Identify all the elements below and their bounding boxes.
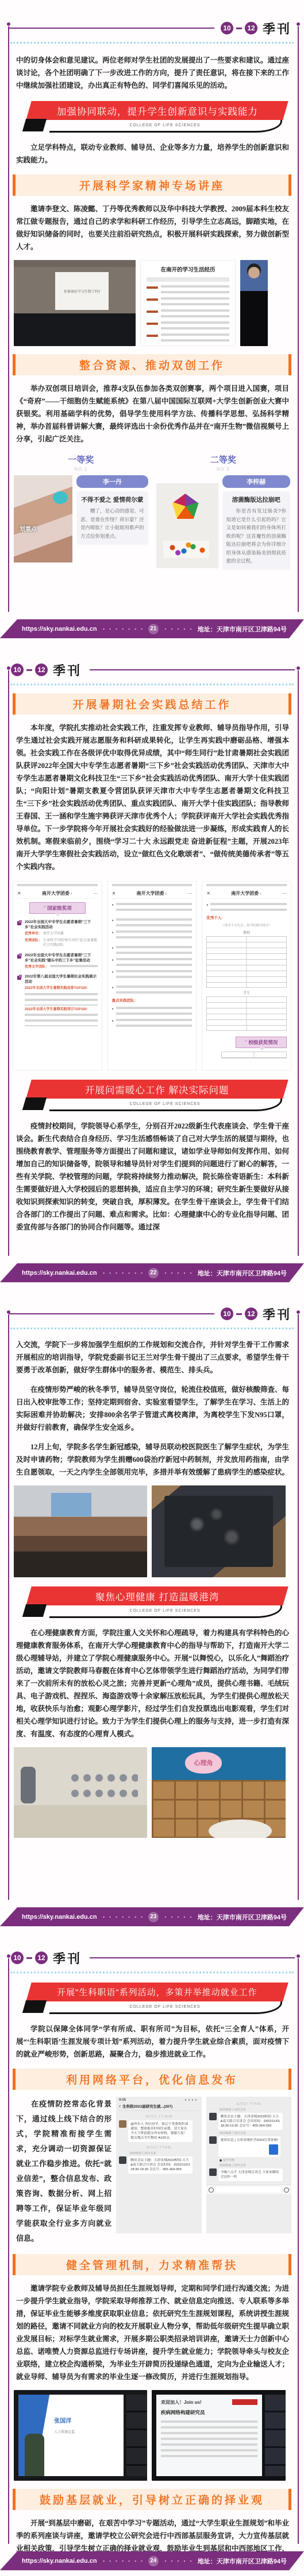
issue-end-badge: 12 — [245, 22, 257, 34]
ranking-note: （排名不分先后，按学院顺序排序） — [206, 923, 287, 928]
blurred-text-lines — [116, 970, 193, 981]
banner-title: 开展"生科职语"系列活动，多策并举推动就业工作 — [57, 1986, 257, 1998]
chevron-right-icon: › — [260, 891, 261, 896]
double-square-icon — [17, 953, 22, 959]
timeline-row — [147, 285, 229, 293]
message-text: 就业信息 | 天津金域医学2023宣讲来啦! — [221, 2138, 278, 2143]
body-paragraph: 邀请学院专业教师及辅导员担任生涯规划导师，定期和同学们进行沟通交流；为进一步提升… — [16, 2282, 289, 2383]
message-bubble: @所有人 各位同学，接辽宁省委组织部通知，整体报名时间往前提，请大家在今天下班前… — [128, 2120, 193, 2142]
video-overlay-text: 划重点 — [20, 524, 37, 533]
students-table — [206, 996, 287, 1031]
photo-video-speaker — [240, 260, 268, 346]
avatar — [209, 2113, 217, 2120]
page-number: 24 — [148, 2556, 159, 2566]
article-account-title: 南开大学团委› — [137, 890, 167, 897]
dotted-divider — [10, 42, 294, 44]
issue-start-badge: 10 — [11, 664, 24, 676]
banner-ribbon: 聚焦心理健康 打造温暖港湾 — [26, 1586, 288, 1605]
winner-name-pill: 李梓赫 — [222, 475, 291, 488]
page-22: 10 12 季刊 开展暑期社会实践总结工作 本年度，学院扎实推动社会实践工作，注… — [0, 644, 304, 1288]
page-23: 10 12 季刊 入交流，学院下一步将加强学生组织的工作规划和交流合作，并针对学… — [0, 1288, 304, 1932]
left-page-rule — [8, 1958, 9, 2544]
chat-input-bar — [206, 2185, 291, 2194]
address: 地址：天津市南开区卫津路94号 — [198, 624, 287, 634]
blurred-text-lines — [210, 903, 287, 911]
meeting-screen — [51, 1493, 91, 1517]
year-label — [147, 335, 158, 337]
issue-start-badge: 10 — [221, 22, 233, 34]
table-caption: 学生 — [206, 990, 287, 995]
photo-timeline-slide: 在南开的学习生活经历 — [140, 260, 236, 346]
speaker-face — [248, 267, 260, 278]
body-paragraph: 本年度，学院扎实推动社会实践工作，注重发挥专业教师、辅导员指导作用，引导学生通过… — [16, 721, 289, 873]
more-icon: ⋯ — [282, 891, 287, 896]
subsection-heading: 整合资源、推动双创工作 — [13, 354, 291, 375]
speaker-silhouette — [25, 2434, 44, 2476]
double-square-icon — [17, 975, 22, 980]
page-header: 10 12 季刊 — [9, 1305, 295, 1322]
award-list-item: 2022年全国大中专学生志愿者暑期“三下乡”社会实践活动 — [17, 920, 98, 930]
blurred-text-lines — [116, 1007, 193, 1015]
red-accent-bar — [232, 2399, 257, 2405]
sender-name: 2020级硕士第四支部 — [220, 2108, 288, 2112]
dots-separator — [163, 1272, 193, 1274]
chat-header: ‹ 生科院2023届研究生就...(207) — [119, 2102, 198, 2111]
status-bar — [112, 884, 193, 889]
banner-accent — [22, 2000, 47, 2013]
blurred-text-lines — [161, 297, 229, 305]
blurred-text-lines — [116, 918, 193, 926]
more-icon: ⋯ — [93, 891, 98, 896]
page-footer: https://sky.nankai.edu.cn 22 地址：天津市南开区卫津… — [0, 1263, 304, 1282]
excellent-individuals-label: 优秀个人： — [206, 915, 287, 920]
body-paragraph: 学院以保障全体同学“学有所成、职有所司”为目标，依托“三全育人”体系，开展“‘生… — [16, 2023, 289, 2061]
chat-message: 腾讯会议主题：天津金域2023校招-天大&南大联合宣讲会 会议时间：2022/1… — [119, 2156, 198, 2174]
blurred-text-lines — [116, 958, 193, 966]
signal-wifi-battery-icons — [184, 2098, 199, 2101]
banner-accent — [22, 119, 47, 131]
newsletter: 10 12 季刊 中的切身体会和意见建议。两位老师对学生社团的发展提出了一些要求… — [0, 0, 304, 2576]
photo-lecture-hall: 你准备好学习生物了吗? — [14, 260, 136, 346]
body-paragraph: 疫情封校期间，学院领导心系学生，分别召开2022级新生代表座谈会、学生骨干座谈会… — [16, 1120, 289, 1233]
slide-header-bar — [147, 277, 229, 282]
dodecahedron-model — [172, 494, 199, 519]
close-icon: ✕ — [206, 891, 210, 896]
team-bullet-row: ● — [112, 946, 193, 954]
team-bullet-row: ● — [112, 970, 193, 981]
timeline-row — [147, 333, 229, 342]
slide-title: 在南开的学习生活经历 — [147, 265, 229, 273]
banner-subtitle: COLLEGE OF LIFE SCIENCES — [49, 120, 282, 133]
bullet-icon: ● — [112, 946, 114, 950]
psychology-corner-sign: 心理角 — [185, 1752, 222, 1774]
team-bullet-row: ● — [112, 918, 193, 926]
blurred-text-lines — [116, 946, 193, 954]
journal-title: 季刊 — [263, 1305, 291, 1323]
wechat-chat-screenshot-1: 9:55 ‹ 生科院2023届研究生就...(207) 11月1日 上午10:3… — [116, 2097, 201, 2233]
page-footer: https://sky.nankai.edu.cn 23 地址：天津市南开区卫津… — [0, 1907, 304, 1926]
issue-start-badge: 10 — [221, 1308, 233, 1320]
photo-dance-therapy — [14, 1747, 147, 1838]
award-sub-line: 2022年全国大学生暑期实践项目TOP100： — [25, 1007, 98, 1012]
page-24: 10 12 季刊 开展"生科职语"系列活动，多策并举推动就业工作 COLLEGE… — [0, 1932, 304, 2576]
status-bar — [206, 884, 287, 889]
work-description: 你是否有发过肠炎?你知道它是什么引起的吗？它又是如何被我们的身体所打败的呢？这首… — [226, 507, 287, 565]
banner-title: 开展问需暖心工作 解决实际问题 — [85, 1083, 229, 1096]
award-sub-line: 优秀文字团队： — [25, 965, 98, 970]
back-icon: ‹ — [119, 2103, 121, 2109]
quote-icon: “ — [43, 905, 46, 911]
award-sub-line: 2022年全国大学生暑期实践成果TOP100： — [25, 986, 98, 991]
article-nav: ✕ 南开大学团委› ⋯ — [206, 890, 287, 899]
projector-screen: 你准备好学习生物了吗? — [55, 272, 109, 310]
page-number: 22 — [148, 1268, 159, 1278]
teachers-table — [206, 936, 287, 988]
phone-screenshot-row: ✕ 南开大学团委› ⋯ “国家级奖项 2022年全国大中专学生志愿者暑期“三下乡… — [13, 881, 291, 1070]
header-rule — [90, 669, 295, 670]
subsection-heading: 利用网络平台，优化信息发布 — [13, 2069, 291, 2090]
timeline-row — [147, 297, 229, 305]
prize-title: 二等奖 — [156, 453, 291, 465]
photo-row: 你准备好学习生物了吗? 在南开的学习生活经历 — [14, 260, 290, 346]
page-number: 21 — [148, 624, 159, 634]
speaker-name: 张国洋 — [54, 2416, 71, 2424]
right-page-rule — [298, 1314, 299, 1900]
journal-title: 季刊 — [53, 1949, 82, 1967]
message-bubble: 腾讯会议主题：天津金域2023校招-天大&南大联合宣讲会 会议时间：2022/1… — [128, 2156, 193, 2174]
dots-separator — [163, 2560, 193, 2562]
dotted-divider — [10, 1328, 294, 1329]
page-header: 10 12 季刊 — [9, 20, 295, 37]
chat-timestamp: 11月1日 下午5:51 — [119, 2145, 198, 2150]
team-bullet-row: ● — [206, 903, 287, 911]
sender-name: 2020级硕士第四支部 — [220, 2131, 288, 2135]
article-account-title: 南开大学团委› — [231, 890, 261, 897]
body-paragraph: 入交流，学院下一步将加强学生组织的工作规划和交流合作，并针对学生骨干工作需求开展… — [16, 1339, 289, 1376]
close-icon: ✕ — [112, 891, 116, 896]
body-paragraph: 邀请李登文、陈凌懿、丁丹等优秀教师以及华中科技大学教授、2009届本科生校友常江… — [16, 203, 289, 253]
banner-subtitle: COLLEGE OF LIFE SCIENCES — [49, 1099, 282, 1111]
dots-separator — [163, 628, 193, 630]
model-pieces-pile — [163, 541, 209, 558]
chat-message: 今晚六点半 天津金域宣讲会 大家来腾讯会议听一听 — [209, 2168, 288, 2181]
avatar — [209, 2168, 217, 2176]
sender-name: 2020级硕士第四支部 — [220, 2163, 288, 2167]
wechat-article-screenshot-3: ✕ 南开大学团委› ⋯ ● 优秀个人： （排名不分先后，按学院顺序排序） 教师 … — [202, 881, 291, 1070]
article-nav: ✕ 南开大学团委› ⋯ — [112, 890, 193, 899]
right-page-rule — [298, 1958, 299, 2544]
avatar — [119, 2120, 126, 2128]
section-banner: 加强协同联动，提升学生创新意识与实践能力 COLLEGE OF LIFE SCI… — [9, 101, 295, 134]
video-call-thumbnails — [265, 2395, 286, 2476]
bullet-icon: ● — [112, 1007, 114, 1011]
blurred-text-lines — [116, 986, 193, 994]
address: 地址：天津市南开区卫津路94号 — [198, 1268, 287, 1278]
national-awards-tag: “国家级奖项 — [29, 902, 86, 914]
round-table — [209, 1820, 272, 1838]
body-paragraph: 在疫情防控常态化背景下，通过线上线下结合的形式，学院精准衔接学生需求，充分调动一… — [16, 2097, 111, 2246]
timeline-row — [147, 309, 229, 317]
blurred-text-lines — [161, 285, 229, 293]
work-card: 溶菌酶版达拉崩吧 你是否有发过肠炎?你知道它是什么引起的吗？它又是如何被我们的身… — [222, 491, 291, 570]
photo-guitar-video: 划重点 — [14, 475, 72, 562]
banner-accent — [22, 1604, 47, 1617]
issue-start-badge: 10 — [11, 1952, 24, 1964]
bullet-icon: ● — [112, 931, 114, 934]
banner-ribbon: 开展问需暖心工作 解决实际问题 — [26, 1080, 288, 1099]
year-label — [147, 298, 158, 301]
banner-subtitle: COLLEGE OF LIFE SCIENCES — [49, 2001, 282, 2014]
page-header: 10 12 季刊 — [9, 661, 295, 678]
award-first-prize: 一等奖 NO.1 划重点 李一丹 不得不爱之 爱情荷尔蒙 糟了，是心动的感觉。可… — [14, 453, 148, 570]
year-label — [147, 286, 158, 289]
work-title: 不得不爱之 爱情荷尔蒙 — [80, 496, 144, 505]
blurred-text-lines — [161, 321, 229, 329]
chat-timestamp: 11月1日 下午5:51 — [209, 2101, 288, 2106]
speaker-role: 人力资源总监 — [54, 2429, 75, 2434]
banner-ribbon: 加强协同联动，提升学生创新意识与实践能力 — [26, 101, 288, 120]
year-label — [147, 323, 158, 325]
subsection-heading: 鼓励基层就业，引导树立正确的择业观 — [13, 2489, 291, 2510]
photo-medicine-bags — [152, 1485, 286, 1577]
chat-message: 腾讯会议主题：天津金域2023校招-天大&南大联合宣讲会 会议时间：2022/1… — [209, 2113, 288, 2130]
issue-end-badge: 12 — [245, 1308, 257, 1320]
school-awards-table — [221, 1052, 287, 1058]
photo-row — [14, 1485, 290, 1577]
article-account-title: 南开大学团委› — [42, 890, 72, 897]
page-number: 23 — [148, 1912, 159, 1922]
chat-timestamp: 11月1日 上午10:39 — [119, 2114, 198, 2119]
subsection-heading: 开展暑期社会实践总结工作 — [13, 693, 291, 715]
photo-row: 张国洋 人力资源总监 欢迎加入！Join us! 疾病网络构建研究员 — [14, 2390, 290, 2481]
bullet-icon: ● — [112, 986, 114, 990]
issue-dash — [236, 1313, 242, 1315]
bullet-icon: ● — [112, 971, 114, 974]
close-icon: ✕ — [17, 891, 21, 896]
issue-dash — [236, 28, 242, 29]
header-rule — [9, 28, 214, 29]
year-label — [147, 311, 158, 313]
site-url: https://sky.nankai.edu.cn — [22, 1270, 97, 1277]
issue-end-badge: 12 — [35, 664, 48, 676]
site-url: https://sky.nankai.edu.cn — [22, 2558, 97, 2565]
body-paragraph: 在疫情形势严峻的秋冬季节，辅导员坚守岗位，轮流住校值班，做好核酸筛查、每日出入校… — [16, 1383, 289, 1434]
photo-psychology-corner: 心理角 — [152, 1747, 286, 1838]
source-dot-icon — [220, 2159, 222, 2162]
timeline-row — [147, 321, 229, 329]
photo-row: 心理角 — [14, 1747, 290, 1838]
avatar — [119, 2156, 126, 2164]
presentation-slide: 张国洋 人力资源总监 — [18, 2395, 124, 2476]
slide-question-text: 你准备好学习生物了吗? — [64, 289, 100, 294]
dots-separator — [102, 2560, 144, 2562]
banner-title: 加强协同联动，提升学生创新意识与实践能力 — [57, 104, 258, 118]
blurred-text-lines — [25, 1014, 98, 1026]
award-sub-line: 优秀团队：生命科学学院“师生同行”赴甘肃暑期社会实践团队 — [25, 938, 98, 948]
right-page-rule — [298, 26, 299, 612]
work-title: 溶菌酶版达拉崩吧 — [226, 496, 287, 505]
blurred-text-lines — [161, 2420, 257, 2457]
job-title: 疾病网络构建研究员 — [161, 2409, 257, 2416]
blurred-text-lines — [161, 333, 229, 342]
section-banner: 聚焦心理健康 打造温暖港湾 COLLEGE OF LIFE SCIENCES — [9, 1586, 295, 1620]
banner-accent — [22, 1097, 47, 1110]
prize-title: 一等奖 — [14, 453, 148, 465]
photo-recruitment-slide: 欢迎加入！Join us! 疾病网络构建研究员 — [152, 2390, 286, 2481]
sender-name: 2020级硕士第四支部 — [129, 2151, 198, 2155]
article-nav: ✕ 南开大学团委› ⋯ — [17, 890, 98, 899]
journal-title: 季刊 — [263, 20, 291, 37]
banner-subtitle: COLLEGE OF LIFE SCIENCES — [49, 1605, 282, 1618]
message-input — [216, 2187, 282, 2193]
blurred-text-lines — [116, 1019, 193, 1027]
bullet-icon: ● — [206, 903, 208, 907]
right-page-rule — [298, 670, 299, 1256]
page-footer: https://sky.nankai.edu.cn 24 地址：天津市南开区卫津… — [0, 2551, 304, 2570]
chevron-right-icon: › — [166, 891, 167, 896]
message-bubble: 腾讯会议主题：天津金域2023校招-天大&南大联合宣讲会 会议时间：2022/1… — [218, 2113, 283, 2130]
dotted-divider — [10, 1972, 294, 1973]
award-list-item: 2022年全国大中专学生志愿者暑期“三下乡”社会实践“镜头中的三下乡”征集活动 — [17, 953, 98, 963]
body-paragraph: 12月上旬，学院多名学生新冠感染，辅导员联动校医院医生了解学生症状，为学生及时申… — [16, 1441, 289, 1479]
video-call-thumbnails — [126, 2395, 147, 2476]
journal-title: 季刊 — [53, 661, 82, 679]
blurred-text-lines — [50, 965, 98, 969]
site-url: https://sky.nankai.edu.cn — [22, 1914, 97, 1921]
subsection-heading: 健全管理机制，力求精准帮扶 — [13, 2254, 291, 2275]
bullet-icon: ● — [112, 903, 114, 907]
quote-icon: “ — [244, 1039, 247, 1046]
banner-ribbon: 开展"生科职语"系列活动，多策并举推动就业工作 — [26, 1983, 288, 2001]
photo-puzzle-models — [156, 483, 218, 568]
blurred-text-lines — [116, 903, 193, 914]
page-21: 10 12 季刊 中的切身体会和意见建议。两位老师对学生社团的发展提出了一些要求… — [0, 0, 304, 644]
award-list-item: 2022年第八届全国大学生暑期社会实践展示活动 — [17, 974, 98, 984]
chevron-right-icon: › — [71, 891, 72, 896]
school-awards-tag: “校级获奖情况 — [236, 1037, 287, 1048]
blurred-text-lines — [25, 993, 98, 1006]
chat-message: 就业信息 | 天津金域医学2023宣讲来啦! — [209, 2136, 288, 2157]
work-card: 不得不爱之 爱情荷尔蒙 糟了，是心动的感觉。可恶，是谁在作怪？荷尔蒙？还是内啡肽… — [76, 491, 148, 545]
subsection-heading: 开展科学家精神专场讲座 — [13, 174, 291, 196]
issue-dash — [26, 669, 32, 671]
award-cards: 一等奖 NO.1 划重点 李一丹 不得不爱之 爱情荷尔蒙 糟了，是心动的感觉。可… — [14, 453, 290, 570]
body-paragraph: 中的切身体会和意见建议。两位老师对学生社团的发展提出了一些要求和建议。通过座谈讨… — [16, 54, 289, 92]
bullet-icon: ● — [112, 959, 114, 962]
presentation-slide: 欢迎加入！Join us! 疾病网络构建研究员 — [156, 2395, 262, 2476]
voice-icon — [209, 2187, 214, 2193]
avatar — [209, 2136, 217, 2144]
address: 地址：天津市南开区卫津路94号 — [198, 1912, 287, 1922]
bullet-icon: ● — [112, 919, 114, 922]
blurred-text-lines — [161, 309, 229, 317]
team-bullet-row: ● — [112, 1007, 193, 1015]
more-icon: ⋯ — [187, 891, 192, 896]
clock-time: 9:55 — [119, 2098, 126, 2102]
work-description: 糟了，是心动的感觉。可恶，是谁在作怪？荷尔蒙？还是内啡肽？让小姐姐用歌声的方式给… — [80, 507, 144, 540]
section-banner: 开展"生科职语"系列活动，多策并举推动就业工作 COLLEGE OF LIFE … — [9, 1983, 295, 2016]
double-square-icon — [17, 920, 22, 925]
header-rule — [90, 1957, 295, 1958]
body-paragraph: 在心理健康教育方面，学院注重人文关怀和心理疏导，着力构建具有学科特色的心理健康教… — [16, 1627, 289, 1740]
left-page-rule — [8, 670, 9, 1256]
key-teams-label: 重点实践团队： — [112, 998, 193, 1003]
body-paragraph: 立足学科特点，联动专业教师、辅导员、企业等多方力量，培养学生的创新意识和实践能力… — [16, 141, 289, 166]
issue-end-badge: 12 — [35, 1952, 48, 1964]
file-attachment-icon — [269, 2144, 278, 2155]
dots-separator — [102, 1916, 144, 1918]
page-header: 10 12 季刊 — [9, 1949, 295, 1966]
dots-separator — [102, 628, 144, 630]
message-bubble: 今晚六点半 天津金域宣讲会 大家来腾讯会议听一听 — [218, 2168, 283, 2181]
body-paragraph: 举办双创项目培训会，推荐4支队伍参加各类双创赛事，两个项目进入国赛，项目《“奇府… — [16, 382, 289, 445]
message-source: 南开生物 — [220, 2158, 288, 2162]
prize-number: NO.3 — [156, 467, 291, 472]
wechat-article-screenshot-2: ✕ 南开大学团委› ⋯ ● ● ● ● ● ● ● 重点实践团队： ● ● — [107, 881, 197, 1070]
dots-separator — [102, 1272, 144, 1274]
emoji-icon — [284, 2187, 289, 2193]
team-bullet-row: ● — [112, 903, 193, 914]
prize-number: NO.1 — [14, 467, 148, 472]
award-sub-line: 优秀单位：南开大学团委 — [25, 932, 98, 937]
photo-career-talk: 张国洋 人力资源总监 — [14, 2390, 147, 2481]
team-bullet-row: ● — [112, 986, 193, 994]
issue-dash — [26, 1957, 32, 1959]
winner-name-pill: 李一丹 — [76, 475, 148, 488]
banner-title: 聚焦心理健康 打造温暖港湾 — [95, 1589, 220, 1603]
blurred-text-lines — [116, 930, 193, 942]
section-banner: 开展问需暖心工作 解决实际问题 COLLEGE OF LIFE SCIENCES — [9, 1080, 295, 1113]
photo-meeting-room — [14, 1485, 147, 1577]
table-caption: 教师 — [206, 930, 287, 935]
chat-message: @所有人 各位同学，接辽宁省委组织部通知，整体报名时间往前提，请大家在今天下班前… — [119, 2120, 198, 2142]
chat-title: 生科院2023届研究生就...(207) — [122, 2104, 172, 2109]
dotted-divider — [10, 684, 294, 685]
site-url: https://sky.nankai.edu.cn — [22, 626, 97, 633]
message-bubble: 就业信息 | 天津金域医学2023宣讲来啦! — [218, 2136, 280, 2157]
page-footer: https://sky.nankai.edu.cn 21 地址：天津市南开区卫津… — [0, 619, 304, 638]
award-second-prize: 二等奖 NO.3 李梓赫 溶菌酶版达拉崩吧 你是否有发过肠炎?你知道它是什么引起… — [156, 453, 291, 570]
status-bar — [17, 884, 98, 889]
team-bullet-row: ● — [112, 1019, 193, 1027]
team-bullet-row: ● — [112, 930, 193, 942]
dots-separator — [163, 1916, 193, 1918]
bullet-icon: ● — [112, 1019, 114, 1023]
header-rule — [9, 1313, 214, 1314]
team-bullet-row: ● — [112, 958, 193, 966]
wechat-chat-screenshot-2: 11月1日 下午5:51 2020级硕士第四支部 腾讯会议主题：天津金域2023… — [206, 2097, 291, 2233]
address: 地址：天津市南开区卫津路94号 — [198, 2556, 287, 2566]
wechat-article-screenshot-1: ✕ 南开大学团委› ⋯ “国家级奖项 2022年全国大中专学生志愿者暑期“三下乡… — [13, 881, 102, 1070]
two-column-block: 在疫情防控常态化背景下，通过线上线下结合的形式，学院精准衔接学生需求，充分调动一… — [16, 2097, 291, 2246]
